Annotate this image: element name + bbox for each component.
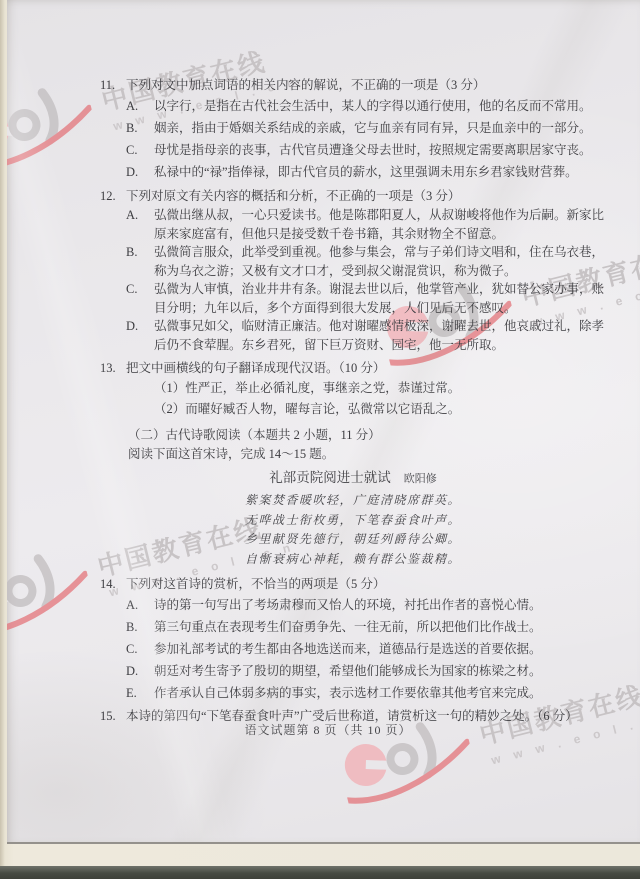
question-12: 12. 下列对原文有关内容的概括和分析，不正确的一项是（3 分） A.弘微出继从… (100, 187, 606, 354)
option-text: 以字行，是指在古代社会生活中，某人的字得以通行使用，他的名反而不常用。 (154, 95, 606, 117)
option-label: A. (126, 206, 154, 243)
option-label: B. (126, 243, 154, 280)
option-text: 诗的第一句写出了考场肃穆而又怡人的环境，衬托出作者的喜悦心情。 (154, 594, 606, 616)
option-text: 私禄中的“禄”指俸禄，即古代官员的薪水，这里强调未用东乡君家钱财营葬。 (154, 161, 606, 183)
option-12-d: D.弘微事兄如父，临财清正廉洁。他对谢曜感情极深，谢曜去世，他哀戚过礼，除孝后仍… (126, 317, 606, 354)
eol-logo-icon (7, 542, 97, 644)
option-text: 朝廷对考生寄予了殷切的期望，希望他们能够成长为国家的栋梁之材。 (154, 660, 606, 682)
eol-logo-icon (7, 76, 101, 178)
option-text: 弘微为人审慎，治业井井有条。谢混去世以后，他掌管产业，犹如替公家办事，账目分明；… (154, 280, 606, 317)
option-11-d: D.私禄中的“禄”指俸禄，即古代官员的薪水，这里强调未用东乡君家钱财营葬。 (126, 161, 606, 183)
question-stem: 把文中画横线的句子翻译成现代汉语。（10 分） (126, 359, 606, 378)
option-text: 作者承认自己体弱多病的事实，表示选材工作要依靠其他考官来完成。 (154, 682, 606, 704)
option-text: 弘微事兄如父，临财清正廉洁。他对谢曜感情极深，谢曜去世，他哀戚过礼，除孝后仍不食… (154, 317, 606, 354)
poem-block: 礼部贡院阅进士就试欧阳修 紫案焚香暖吹轻，广庭清晓席群英。 无哗战士衔枚勇，下笔… (100, 468, 606, 569)
question-number: 12. (100, 187, 126, 354)
option-text: 参加礼部考试的考生都由各地选送而来，道德品行是选送的首要依据。 (154, 638, 606, 660)
option-text: 第三句重点在表现考生们奋勇争先、一往无前，所以把他们比作战士。 (154, 616, 606, 638)
question-stem: 下列对原文有关内容的概括和分析，不正确的一项是（3 分） (126, 187, 606, 206)
exam-content: 11. 下列对文中加点词语的相关内容的解说，不正确的一项是（3 分） A.以字行… (100, 76, 606, 726)
translation-sentence-2: （2）而曜好臧否人物，曜每言论，弘微常以它语乱之。 (126, 399, 606, 420)
option-label: B. (126, 616, 154, 638)
question-number: 13. (100, 359, 126, 420)
option-label: C. (126, 139, 154, 161)
option-text: 姻亲，指由于婚姻关系结成的亲戚，它与血亲有同有异，只是血亲中的一部分。 (154, 117, 606, 139)
option-12-b: B.弘微简言服众，此举受到重视。他参与集会，常与子弟们诗文唱和，住在乌衣巷，称为… (126, 243, 606, 280)
poem-line: 无哗战士衔枚勇，下笔春蚕食叶声。 (100, 511, 606, 531)
option-12-a: A.弘微出继从叔，一心只爱读书。他是陈郡阳夏人，从叔谢峻将他作为后嗣。新家比原来… (126, 206, 606, 243)
question-11: 11. 下列对文中加点词语的相关内容的解说，不正确的一项是（3 分） A.以字行… (100, 76, 606, 183)
option-14-c: C.参加礼部考试的考生都由各地选送而来，道德品行是选送的首要依据。 (126, 638, 606, 660)
question-stem: 下列对这首诗的赏析，不恰当的两项是（5 分） (126, 575, 606, 594)
option-label: A. (126, 594, 154, 616)
option-label: B. (126, 117, 154, 139)
option-label: C. (126, 638, 154, 660)
poem-line: 乡里献贤先德行，朝廷列爵待公卿。 (100, 530, 606, 550)
section-2-heading: （二）古代诗歌阅读（本题共 2 小题，11 分） (100, 426, 606, 445)
option-label: A. (126, 95, 154, 117)
page-footer: 语文试题第 8 页（共 10 页） (93, 721, 563, 738)
option-11-b: B.姻亲，指由于婚姻关系结成的亲戚，它与血亲有同有异，只是血亲中的一部分。 (126, 117, 606, 139)
poem-author: 欧阳修 (404, 473, 437, 485)
option-label: D. (126, 161, 154, 183)
translation-sentence-1: （1）性严正，举止必循礼度，事继亲之党，恭谨过常。 (126, 378, 606, 399)
option-text: 弘微简言服众，此举受到重视。他参与集会，常与子弟们诗文唱和，住在乌衣巷，称为乌衣… (154, 243, 606, 280)
poem-title-row: 礼部贡院阅进士就试欧阳修 (100, 468, 606, 489)
option-14-a: A.诗的第一句写出了考场肃穆而又怡人的环境，衬托出作者的喜悦心情。 (126, 594, 606, 616)
option-14-d: D.朝廷对考生寄予了殷切的期望，希望他们能够成长为国家的栋梁之材。 (126, 660, 606, 682)
question-14: 14. 下列对这首诗的赏析，不恰当的两项是（5 分） A.诗的第一句写出了考场肃… (100, 575, 606, 704)
scanner-background: 中国教育在线 w w w . e o l . c n 中国教育在线 w w w … (0, 0, 640, 879)
section-2-intro: 阅读下面这首宋诗，完成 14～15 题。 (100, 445, 606, 464)
option-14-b: B.第三句重点在表现考生们奋勇争先、一往无前，所以把他们比作战士。 (126, 616, 606, 638)
option-text: 母忧是指母亲的丧事，古代官员遭逢父母去世时，按照规定需要离职居家守丧。 (154, 139, 606, 161)
option-11-a: A.以字行，是指在古代社会生活中，某人的字得以通行使用，他的名反而不常用。 (126, 95, 606, 117)
question-number: 11. (100, 76, 126, 183)
poem-title: 礼部贡院阅进士就试 (269, 470, 391, 485)
poem-line: 自惭衰病心神耗，赖有群公鉴裁精。 (100, 550, 606, 570)
option-11-c: C.母忧是指母亲的丧事，古代官员遭逢父母去世时，按照规定需要离职居家守丧。 (126, 139, 606, 161)
option-14-e: E.作者承认自己体弱多病的事实，表示选材工作要依靠其他考官来完成。 (126, 682, 606, 704)
exam-paper-page: 中国教育在线 w w w . e o l . c n 中国教育在线 w w w … (7, 0, 640, 844)
question-stem: 下列对文中加点词语的相关内容的解说，不正确的一项是（3 分） (126, 76, 606, 95)
option-label: D. (126, 317, 154, 354)
scan-bottom-edge (0, 866, 640, 879)
option-label: E. (126, 682, 154, 704)
option-text: 弘微出继从叔，一心只爱读书。他是陈郡阳夏人，从叔谢峻将他作为后嗣。新家比原来家庭… (154, 206, 606, 243)
poem-line: 紫案焚香暖吹轻，广庭清晓席群英。 (100, 491, 606, 511)
question-number: 14. (100, 575, 126, 704)
option-label: D. (126, 660, 154, 682)
option-label: C. (126, 280, 154, 317)
question-13: 13. 把文中画横线的句子翻译成现代汉语。（10 分） （1）性严正，举止必循礼… (100, 359, 606, 420)
option-12-c: C.弘微为人审慎，治业井井有条。谢混去世以后，他掌管产业，犹如替公家办事，账目分… (126, 280, 606, 317)
